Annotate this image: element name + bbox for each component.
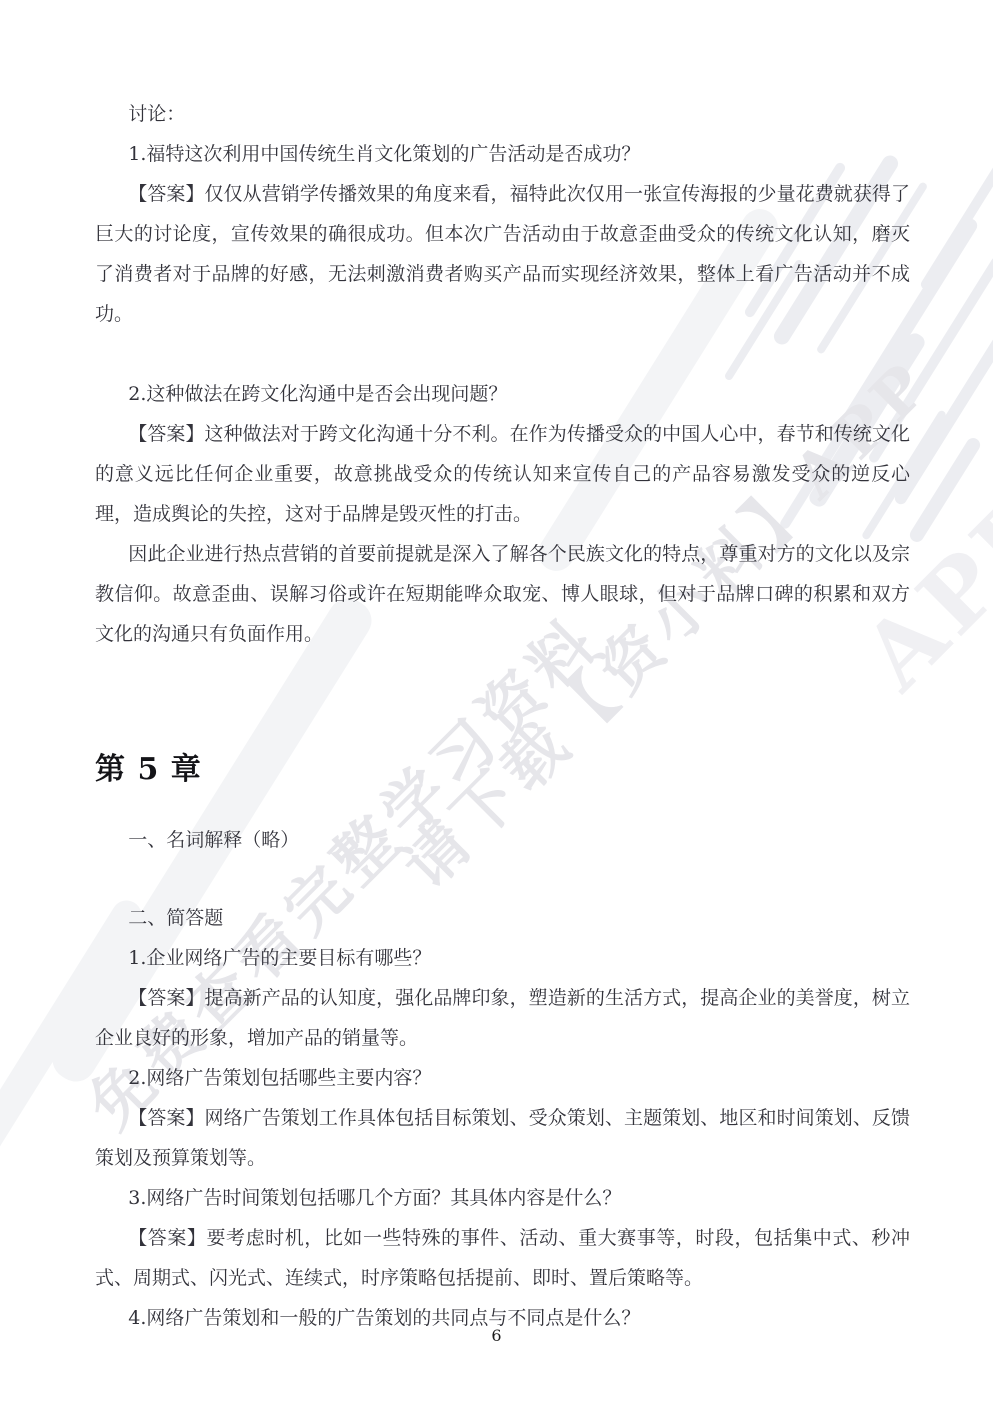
section-heading-short-answer: 二、简答题 xyxy=(95,898,910,938)
discussion-question-2: 2.这种做法在跨文化沟通中是否会出现问题？ xyxy=(95,374,910,414)
watermark-streak xyxy=(919,159,993,292)
question-1: 1.企业网络广告的主要目标有哪些？ xyxy=(95,938,910,978)
section-heading-terms: 一、名词解释（略） xyxy=(95,820,910,860)
page-number: 6 xyxy=(0,1325,993,1347)
discussion-answer-2-para-2: 因此企业进行热点营销的首要前提就是深入了解各个民族文化的特点，尊重对方的文化以及… xyxy=(95,534,910,654)
answer-2: 【答案】网络广告策划工作具体包括目标策划、受众策划、主题策划、地区和时间策划、反… xyxy=(95,1098,910,1178)
answer-1: 【答案】提高新产品的认知度，强化品牌印象，塑造新的生活方式，提高企业的美誉度，树… xyxy=(95,978,910,1058)
question-3: 3.网络广告时间策划包括哪几个方面？其具体内容是什么？ xyxy=(95,1178,910,1218)
discussion-label: 讨论： xyxy=(95,94,910,134)
discussion-answer-2-para-1: 【答案】这种做法对于跨文化沟通十分不利。在作为传播受众的中国人心中，春节和传统文… xyxy=(95,414,910,534)
document-page: 讨论： 1.福特这次利用中国传统生肖文化策划的广告活动是否成功？ 【答案】仅仅从… xyxy=(95,0,910,1338)
question-2: 2.网络广告策划包括哪些主要内容？ xyxy=(95,1058,910,1098)
qa-list: 1.企业网络广告的主要目标有哪些？ 【答案】提高新产品的认知度，强化品牌印象，塑… xyxy=(95,938,910,1338)
discussion-answer-1: 【答案】仅仅从营销学传播效果的角度来看，福特此次仅用一张宣传海报的少量花费就获得… xyxy=(95,174,910,334)
chapter-title: 第 5 章 xyxy=(95,750,910,790)
watermark-streak xyxy=(907,435,982,544)
discussion-question-1: 1.福特这次利用中国传统生肖文化策划的广告活动是否成功？ xyxy=(95,134,910,174)
answer-3: 【答案】要考虑时机，比如一些特殊的事件、活动、重大赛事等，时段，包括集中式、秒冲… xyxy=(95,1218,910,1298)
